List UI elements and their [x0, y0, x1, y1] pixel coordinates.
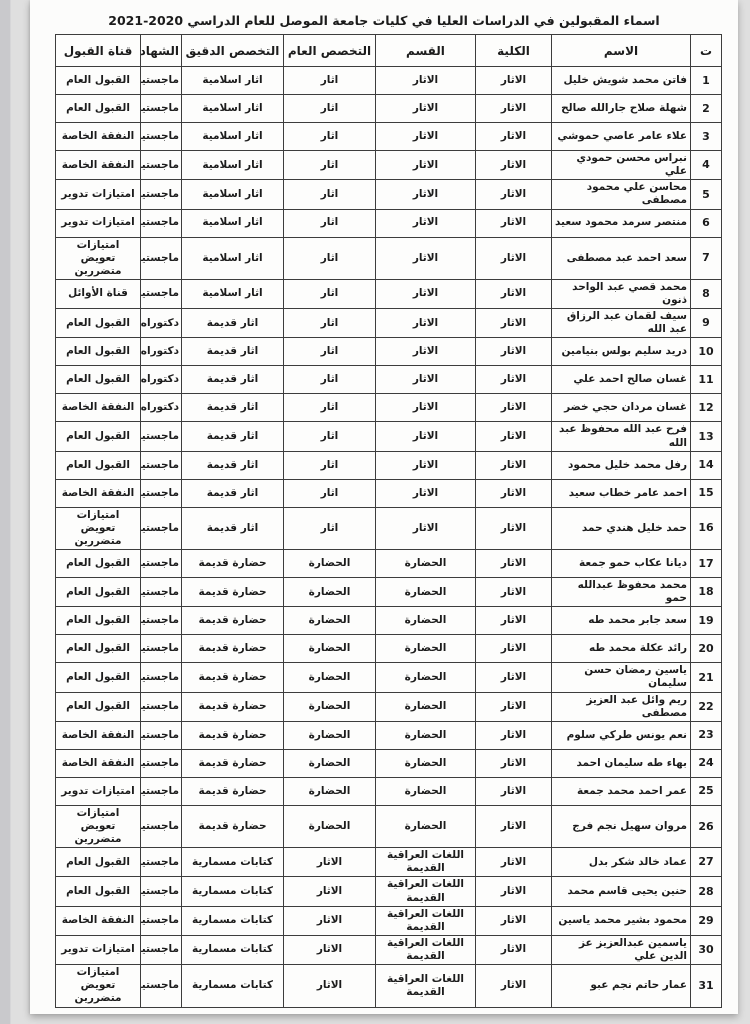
cell-channel: القبول العام	[56, 422, 141, 451]
table-row: 20رائد عكلة محمد طهالاثارالحضارةالحضارةح…	[56, 635, 722, 663]
cell-general: اثار	[284, 237, 376, 279]
header-no: ت	[691, 35, 722, 67]
cell-name: عمر احمد محمد جمعة	[552, 777, 691, 805]
table-row: 12غسان مردان حجي خضرالاثارالاثاراثاراثار…	[56, 394, 722, 422]
cell-degree: ماجستير	[141, 67, 182, 95]
cell-degree: ماجستير	[141, 848, 182, 877]
cell-dept: الاثار	[376, 507, 476, 549]
cell-channel: النفقة الخاصة	[56, 479, 141, 507]
cell-degree: ماجستير	[141, 777, 182, 805]
cell-name: سعد جابر محمد طه	[552, 607, 691, 635]
table-row: 18محمد محفوظ عبدالله حموالاثارالحضارةالح…	[56, 578, 722, 607]
cell-degree: ماجستير	[141, 721, 182, 749]
cell-specific: حضارة قديمة	[182, 550, 284, 578]
cell-name: بهاء طه سليمان احمد	[552, 749, 691, 777]
cell-degree: ماجستير	[141, 279, 182, 308]
cell-name: غسان مردان حجي خضر	[552, 394, 691, 422]
header-channel: قناة القبول	[56, 35, 141, 67]
cell-dept: الحضارة	[376, 692, 476, 721]
cell-channel: القبول العام	[56, 338, 141, 366]
cell-general: اثار	[284, 279, 376, 308]
cell-dept: الاثار	[376, 95, 476, 123]
cell-no: 31	[691, 965, 722, 1007]
cell-college: الاثار	[476, 279, 552, 308]
cell-specific: حضارة قديمة	[182, 749, 284, 777]
cell-degree: ماجستير	[141, 151, 182, 180]
table-row: 8محمد قصي عبد الواحد ذنونالاثارالاثاراثا…	[56, 279, 722, 308]
cell-specific: اثار قديمة	[182, 338, 284, 366]
cell-channel: القبول العام	[56, 848, 141, 877]
cell-college: الاثار	[476, 95, 552, 123]
cell-college: الاثار	[476, 338, 552, 366]
cell-channel: النفقة الخاصة	[56, 721, 141, 749]
page-title: اسماء المقبولين في الدراسات العليا في كل…	[30, 13, 738, 28]
cell-degree: ماجستير	[141, 550, 182, 578]
cell-specific: اثار قديمة	[182, 366, 284, 394]
table-row: 30ياسمين عبدالعزيز عز الدين عليالاثارالل…	[56, 935, 722, 964]
cell-no: 22	[691, 692, 722, 721]
cell-degree: ماجستير	[141, 422, 182, 451]
cell-general: الحضارة	[284, 749, 376, 777]
cell-general: اثار	[284, 422, 376, 451]
cell-college: الاثار	[476, 721, 552, 749]
cell-dept: الاثار	[376, 151, 476, 180]
cell-no: 8	[691, 279, 722, 308]
cell-specific: اثار اسلامية	[182, 151, 284, 180]
cell-specific: اثار اسلامية	[182, 67, 284, 95]
cell-channel: امتيازات تعويض متضررين	[56, 805, 141, 847]
cell-specific: حضارة قديمة	[182, 663, 284, 692]
table-row: 26مروان سهيل نجم فرجالاثارالحضارةالحضارة…	[56, 805, 722, 847]
cell-dept: اللغات العراقية القديمة	[376, 848, 476, 877]
cell-specific: اثار قديمة	[182, 479, 284, 507]
cell-specific: اثار قديمة	[182, 422, 284, 451]
cell-name: نبراس محسن حمودي علي	[552, 151, 691, 180]
cell-channel: القبول العام	[56, 635, 141, 663]
cell-no: 29	[691, 906, 722, 935]
table-row: 2شهلة صلاح جارالله صالحالاثارالاثاراثارا…	[56, 95, 722, 123]
cell-degree: ماجستير	[141, 635, 182, 663]
cell-general: الحضارة	[284, 578, 376, 607]
cell-college: الاثار	[476, 607, 552, 635]
cell-dept: الحضارة	[376, 578, 476, 607]
cell-general: الحضارة	[284, 777, 376, 805]
cell-specific: حضارة قديمة	[182, 692, 284, 721]
table-row: 4نبراس محسن حمودي عليالاثارالاثاراثاراثا…	[56, 151, 722, 180]
cell-college: الاثار	[476, 451, 552, 479]
table-row: 14رفل محمد خليل محمودالاثارالاثاراثاراثا…	[56, 451, 722, 479]
cell-channel: النفقة الخاصة	[56, 906, 141, 935]
cell-name: احمد عامر خطاب سعيد	[552, 479, 691, 507]
cell-dept: الاثار	[376, 451, 476, 479]
cell-specific: كتابات مسمارية	[182, 935, 284, 964]
cell-dept: الاثار	[376, 366, 476, 394]
cell-name: فرح عبد الله محفوظ عبد الله	[552, 422, 691, 451]
cell-name: مروان سهيل نجم فرج	[552, 805, 691, 847]
cell-name: سيف لقمان عبد الرزاق عبد الله	[552, 309, 691, 338]
cell-general: اثار	[284, 95, 376, 123]
cell-no: 14	[691, 451, 722, 479]
cell-general: الحضارة	[284, 692, 376, 721]
cell-specific: كتابات مسمارية	[182, 965, 284, 1007]
cell-college: الاثار	[476, 777, 552, 805]
cell-specific: اثار اسلامية	[182, 209, 284, 237]
cell-channel: القبول العام	[56, 607, 141, 635]
cell-no: 1	[691, 67, 722, 95]
cell-dept: الاثار	[376, 309, 476, 338]
cell-channel: امتيازات تدوير	[56, 777, 141, 805]
cell-dept: الاثار	[376, 209, 476, 237]
cell-name: محمد محفوظ عبدالله حمو	[552, 578, 691, 607]
cell-general: الحضارة	[284, 635, 376, 663]
table-row: 7سعد احمد عبد مصطفىالاثارالاثاراثاراثار …	[56, 237, 722, 279]
cell-general: اثار	[284, 180, 376, 209]
cell-dept: الحضارة	[376, 635, 476, 663]
cell-dept: الاثار	[376, 338, 476, 366]
cell-name: محمود بشير محمد ياسين	[552, 906, 691, 935]
cell-specific: اثار اسلامية	[182, 237, 284, 279]
cell-degree: ماجستير	[141, 578, 182, 607]
cell-no: 10	[691, 338, 722, 366]
cell-college: الاثار	[476, 550, 552, 578]
cell-degree: ماجستير	[141, 965, 182, 1007]
cell-dept: الاثار	[376, 479, 476, 507]
document-page: اسماء المقبولين في الدراسات العليا في كل…	[30, 0, 738, 1014]
cell-channel: القبول العام	[56, 67, 141, 95]
cell-dept: الحضارة	[376, 663, 476, 692]
header-specific: التخصص الدقيق	[182, 35, 284, 67]
cell-college: الاثار	[476, 394, 552, 422]
cell-college: الاثار	[476, 237, 552, 279]
cell-specific: حضارة قديمة	[182, 607, 284, 635]
cell-degree: ماجستير	[141, 180, 182, 209]
cell-channel: امتيازات تعويض متضررين	[56, 507, 141, 549]
cell-specific: اثار قديمة	[182, 451, 284, 479]
cell-dept: اللغات العراقية القديمة	[376, 906, 476, 935]
cell-college: الاثار	[476, 635, 552, 663]
cell-general: الحضارة	[284, 607, 376, 635]
cell-specific: حضارة قديمة	[182, 777, 284, 805]
cell-no: 13	[691, 422, 722, 451]
cell-college: الاثار	[476, 209, 552, 237]
table-row: 23نعم يونس طركي سلومالاثارالحضارةالحضارة…	[56, 721, 722, 749]
cell-general: اثار	[284, 309, 376, 338]
table-row: 10دريد سليم بولس بنيامينالاثارالاثاراثار…	[56, 338, 722, 366]
cell-no: 20	[691, 635, 722, 663]
table-row: 22ريم وائل عبد العزيز مصطفىالاثارالحضارة…	[56, 692, 722, 721]
cell-dept: اللغات العراقية القديمة	[376, 965, 476, 1007]
cell-dept: الاثار	[376, 394, 476, 422]
cell-general: الاثار	[284, 877, 376, 906]
cell-channel: امتيازات تعويض متضررين	[56, 237, 141, 279]
cell-no: 24	[691, 749, 722, 777]
header-name: الاسم	[552, 35, 691, 67]
cell-degree: ماجستير	[141, 805, 182, 847]
table-row: 5محاسن علي محمود مصطفىالاثارالاثاراثاراث…	[56, 180, 722, 209]
cell-degree: ماجستير	[141, 663, 182, 692]
cell-general: اثار	[284, 451, 376, 479]
cell-no: 15	[691, 479, 722, 507]
cell-no: 3	[691, 123, 722, 151]
cell-specific: حضارة قديمة	[182, 578, 284, 607]
cell-dept: الحضارة	[376, 805, 476, 847]
cell-specific: حضارة قديمة	[182, 721, 284, 749]
cell-no: 2	[691, 95, 722, 123]
table-row: 16حمد خليل هندي حمدالاثارالاثاراثاراثار …	[56, 507, 722, 549]
cell-specific: اثار اسلامية	[182, 180, 284, 209]
cell-degree: ماجستير	[141, 95, 182, 123]
cell-college: الاثار	[476, 180, 552, 209]
cell-specific: كتابات مسمارية	[182, 906, 284, 935]
cell-no: 28	[691, 877, 722, 906]
cell-dept: الحضارة	[376, 777, 476, 805]
cell-channel: النفقة الخاصة	[56, 394, 141, 422]
cell-name: رائد عكلة محمد طه	[552, 635, 691, 663]
cell-specific: كتابات مسمارية	[182, 848, 284, 877]
cell-no: 4	[691, 151, 722, 180]
table-row: 29محمود بشير محمد ياسينالاثاراللغات العر…	[56, 906, 722, 935]
cell-dept: الاثار	[376, 237, 476, 279]
cell-college: الاثار	[476, 123, 552, 151]
table-row: 1فاتن محمد شويش خليلالاثارالاثاراثاراثار…	[56, 67, 722, 95]
cell-degree: دكتوراه	[141, 366, 182, 394]
cell-degree: دكتوراه	[141, 309, 182, 338]
cell-channel: القبول العام	[56, 692, 141, 721]
cell-college: الاثار	[476, 935, 552, 964]
cell-dept: الحضارة	[376, 749, 476, 777]
cell-channel: القبول العام	[56, 309, 141, 338]
table-row: 28حنين يحيى قاسم محمدالاثاراللغات العراق…	[56, 877, 722, 906]
cell-no: 6	[691, 209, 722, 237]
table-row: 31عمار حاتم نجم عبوالاثاراللغات العراقية…	[56, 965, 722, 1007]
cell-general: الحضارة	[284, 550, 376, 578]
cell-college: الاثار	[476, 422, 552, 451]
cell-specific: حضارة قديمة	[182, 805, 284, 847]
header-degree: الشهادة	[141, 35, 182, 67]
cell-dept: الحضارة	[376, 607, 476, 635]
cell-no: 26	[691, 805, 722, 847]
cell-no: 12	[691, 394, 722, 422]
cell-no: 27	[691, 848, 722, 877]
cell-general: اثار	[284, 209, 376, 237]
cell-channel: القبول العام	[56, 550, 141, 578]
cell-degree: دكتوراه	[141, 394, 182, 422]
cell-no: 19	[691, 607, 722, 635]
cell-name: رفل محمد خليل محمود	[552, 451, 691, 479]
cell-degree: ماجستير	[141, 692, 182, 721]
cell-college: الاثار	[476, 663, 552, 692]
table-body: 1فاتن محمد شويش خليلالاثارالاثاراثاراثار…	[56, 67, 722, 1008]
cell-name: نعم يونس طركي سلوم	[552, 721, 691, 749]
cell-college: الاثار	[476, 507, 552, 549]
table-row: 27عماد خالد شكر بدلالاثاراللغات العراقية…	[56, 848, 722, 877]
cell-college: الاثار	[476, 67, 552, 95]
cell-no: 11	[691, 366, 722, 394]
cell-college: الاثار	[476, 805, 552, 847]
table-row: 25عمر احمد محمد جمعةالاثارالحضارةالحضارة…	[56, 777, 722, 805]
cell-dept: الاثار	[376, 422, 476, 451]
cell-degree: ماجستير	[141, 906, 182, 935]
cell-no: 17	[691, 550, 722, 578]
cell-specific: اثار اسلامية	[182, 279, 284, 308]
table-row: 19سعد جابر محمد طهالاثارالحضارةالحضارةحض…	[56, 607, 722, 635]
cell-degree: ماجستير	[141, 451, 182, 479]
cell-channel: القبول العام	[56, 451, 141, 479]
table-row: 24بهاء طه سليمان احمدالاثارالحضارةالحضار…	[56, 749, 722, 777]
table-row: 9سيف لقمان عبد الرزاق عبد اللهالاثارالاث…	[56, 309, 722, 338]
header-general: التخصص العام	[284, 35, 376, 67]
cell-specific: اثار قديمة	[182, 394, 284, 422]
cell-college: الاثار	[476, 151, 552, 180]
cell-no: 18	[691, 578, 722, 607]
cell-name: فاتن محمد شويش خليل	[552, 67, 691, 95]
cell-dept: اللغات العراقية القديمة	[376, 877, 476, 906]
cell-general: اثار	[284, 366, 376, 394]
cell-general: اثار	[284, 123, 376, 151]
cell-channel: النفقة الخاصة	[56, 749, 141, 777]
cell-degree: دكتوراه	[141, 338, 182, 366]
cell-name: عمار حاتم نجم عبو	[552, 965, 691, 1007]
cell-specific: اثار قديمة	[182, 309, 284, 338]
cell-specific: اثار قديمة	[182, 507, 284, 549]
cell-name: ياسين رمضان حسن سليمان	[552, 663, 691, 692]
cell-general: الحضارة	[284, 805, 376, 847]
cell-name: ريم وائل عبد العزيز مصطفى	[552, 692, 691, 721]
cell-general: الاثار	[284, 848, 376, 877]
header-college: الكلية	[476, 35, 552, 67]
cell-channel: امتيازات تدوير	[56, 180, 141, 209]
cell-channel: القبول العام	[56, 663, 141, 692]
cell-name: غسان صالح احمد علي	[552, 366, 691, 394]
cell-name: علاء عامر عاصي حموشي	[552, 123, 691, 151]
cell-name: دريد سليم بولس بنيامين	[552, 338, 691, 366]
cell-specific: اثار اسلامية	[182, 95, 284, 123]
cell-dept: الاثار	[376, 279, 476, 308]
cell-degree: ماجستير	[141, 607, 182, 635]
cell-name: عماد خالد شكر بدل	[552, 848, 691, 877]
cell-degree: ماجستير	[141, 209, 182, 237]
cell-name: ياسمين عبدالعزيز عز الدين علي	[552, 935, 691, 964]
cell-college: الاثار	[476, 366, 552, 394]
cell-no: 25	[691, 777, 722, 805]
cell-name: ديانا عكاب حمو جمعة	[552, 550, 691, 578]
cell-general: اثار	[284, 394, 376, 422]
cell-general: الاثار	[284, 906, 376, 935]
cell-college: الاثار	[476, 906, 552, 935]
cell-college: الاثار	[476, 848, 552, 877]
cell-no: 30	[691, 935, 722, 964]
cell-college: الاثار	[476, 749, 552, 777]
cell-dept: الاثار	[376, 180, 476, 209]
cell-no: 16	[691, 507, 722, 549]
table-row: 15احمد عامر خطاب سعيدالاثارالاثاراثاراثا…	[56, 479, 722, 507]
cell-college: الاثار	[476, 692, 552, 721]
cell-no: 21	[691, 663, 722, 692]
cell-channel: القبول العام	[56, 366, 141, 394]
cell-dept: اللغات العراقية القديمة	[376, 935, 476, 964]
cell-degree: ماجستير	[141, 935, 182, 964]
cell-degree: ماجستير	[141, 507, 182, 549]
table-row: 13فرح عبد الله محفوظ عبد اللهالاثارالاثا…	[56, 422, 722, 451]
cell-dept: الحضارة	[376, 721, 476, 749]
cell-general: اثار	[284, 479, 376, 507]
cell-channel: النفقة الخاصة	[56, 151, 141, 180]
cell-dept: الاثار	[376, 67, 476, 95]
table-row: 3علاء عامر عاصي حموشيالاثارالاثاراثاراثا…	[56, 123, 722, 151]
cell-name: حمد خليل هندي حمد	[552, 507, 691, 549]
cell-degree: ماجستير	[141, 237, 182, 279]
cell-no: 9	[691, 309, 722, 338]
table-row: 6منتصر سرمد محمود سعيدالاثارالاثاراثاراث…	[56, 209, 722, 237]
cell-dept: الحضارة	[376, 550, 476, 578]
cell-college: الاثار	[476, 877, 552, 906]
cell-degree: ماجستير	[141, 123, 182, 151]
cell-college: الاثار	[476, 965, 552, 1007]
cell-channel: النفقة الخاصة	[56, 123, 141, 151]
cell-general: الحضارة	[284, 663, 376, 692]
cell-channel: قناة الأوائل	[56, 279, 141, 308]
header-dept: القسم	[376, 35, 476, 67]
scan-edge-strip	[0, 0, 11, 1024]
table-row: 11غسان صالح احمد عليالاثارالاثاراثاراثار…	[56, 366, 722, 394]
cell-no: 5	[691, 180, 722, 209]
cell-general: الاثار	[284, 965, 376, 1007]
cell-name: محمد قصي عبد الواحد ذنون	[552, 279, 691, 308]
cell-general: الحضارة	[284, 721, 376, 749]
cell-college: الاثار	[476, 309, 552, 338]
cell-name: محاسن علي محمود مصطفى	[552, 180, 691, 209]
cell-name: شهلة صلاح جارالله صالح	[552, 95, 691, 123]
cell-name: سعد احمد عبد مصطفى	[552, 237, 691, 279]
cell-specific: كتابات مسمارية	[182, 877, 284, 906]
table-header-row: ت الاسم الكلية القسم التخصص العام التخصص…	[56, 35, 722, 67]
cell-general: الاثار	[284, 935, 376, 964]
cell-specific: اثار اسلامية	[182, 123, 284, 151]
cell-general: اثار	[284, 67, 376, 95]
cell-college: الاثار	[476, 479, 552, 507]
cell-degree: ماجستير	[141, 877, 182, 906]
cell-name: منتصر سرمد محمود سعيد	[552, 209, 691, 237]
cell-general: اثار	[284, 507, 376, 549]
cell-channel: امتيازات تعويض متضررين	[56, 965, 141, 1007]
cell-no: 7	[691, 237, 722, 279]
admissions-table: ت الاسم الكلية القسم التخصص العام التخصص…	[55, 34, 722, 1008]
cell-channel: القبول العام	[56, 578, 141, 607]
cell-degree: ماجستير	[141, 479, 182, 507]
cell-name: حنين يحيى قاسم محمد	[552, 877, 691, 906]
cell-channel: القبول العام	[56, 95, 141, 123]
cell-channel: امتيازات تدوير	[56, 209, 141, 237]
cell-general: اثار	[284, 151, 376, 180]
cell-general: اثار	[284, 338, 376, 366]
table-row: 21ياسين رمضان حسن سليمانالاثارالحضارةالح…	[56, 663, 722, 692]
cell-channel: القبول العام	[56, 877, 141, 906]
cell-specific: حضارة قديمة	[182, 635, 284, 663]
cell-channel: امتيازات تدوير	[56, 935, 141, 964]
cell-degree: ماجستير	[141, 749, 182, 777]
cell-college: الاثار	[476, 578, 552, 607]
cell-dept: الاثار	[376, 123, 476, 151]
table-row: 17ديانا عكاب حمو جمعةالاثارالحضارةالحضار…	[56, 550, 722, 578]
cell-no: 23	[691, 721, 722, 749]
